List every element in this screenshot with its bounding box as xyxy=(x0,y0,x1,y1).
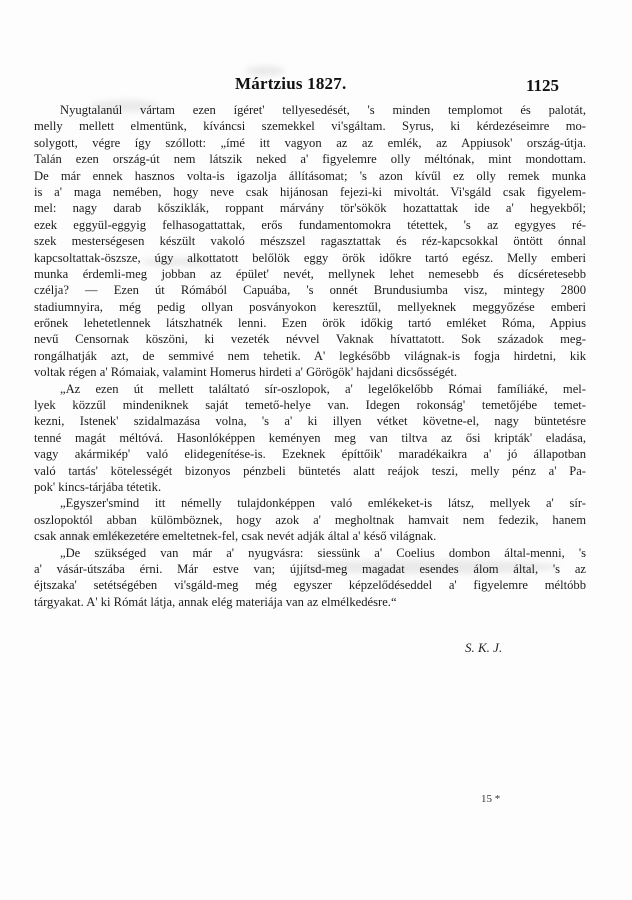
text-line: „Az ezen út mellett találtató sír-oszlop… xyxy=(34,381,586,397)
running-head: Mártzius 1827. 1125 xyxy=(0,74,632,98)
text-line: a' vásár-útszába érni. Már estve van; új… xyxy=(34,561,586,577)
paragraph: Nyugtalanúl vártam ezen ígéret' tellyese… xyxy=(34,102,586,381)
scanned-page: Mártzius 1827. 1125 Nyugtalanúl vártam e… xyxy=(0,0,632,900)
text-line: rongálhatják azt, de semmivé nem tehetik… xyxy=(34,348,586,364)
text-line: pok' kincs-tárjába tétetik. xyxy=(34,479,586,495)
text-line: mel: nagy darab kősziklák, roppant márvá… xyxy=(34,200,586,216)
text-line: ezek eggyül-eggyig felhasogattattak, erő… xyxy=(34,217,586,233)
text-line: munka érdemli-meg jobban az épület' nevé… xyxy=(34,266,586,282)
paragraph: „De szükséged van már a' nyugvásra: sies… xyxy=(34,545,586,611)
text-line: csak annak emlékezetére emeltetnek-fel, … xyxy=(34,528,586,544)
author-signature: S. K. J. xyxy=(465,640,502,656)
text-line: melly mellett elmentünk, kíváncsi szemek… xyxy=(34,118,586,134)
text-line: nevű Censornak köszöni, ki vezeték névve… xyxy=(34,331,586,347)
text-line: „Egyszer'smind itt némelly tulajdonképpe… xyxy=(34,495,586,511)
text-line: szek mesterségesen készült vakoló mészsz… xyxy=(34,233,586,249)
text-line: „De szükséged van már a' nyugvásra: sies… xyxy=(34,545,586,561)
paragraph: „Egyszer'smind itt némelly tulajdonképpe… xyxy=(34,495,586,544)
text-line: stadiumnyira, még pedig ollyan posványok… xyxy=(34,299,586,315)
text-line: erőnek lehetetlennek látszhatnék lenni. … xyxy=(34,315,586,331)
text-line: De már ennek hasznos volta-is igazolja á… xyxy=(34,168,586,184)
text-line: voltak régen a' Rómaiak, valamint Homeru… xyxy=(34,364,586,380)
text-line: vagy akármikép' való elidegenítése-is. E… xyxy=(34,446,586,462)
text-line: Nyugtalanúl vártam ezen ígéret' tellyese… xyxy=(34,102,586,118)
article-body: Nyugtalanúl vártam ezen ígéret' tellyese… xyxy=(34,102,586,610)
paragraph: „Az ezen út mellett találtató sír-oszlop… xyxy=(34,381,586,496)
page-number: 1125 xyxy=(526,76,559,96)
signature-mark: 15 * xyxy=(481,793,500,805)
text-line: oszlopoktól abban külömböznek, hogy azok… xyxy=(34,512,586,528)
text-line: való tartás' kötelességét bizonyos pénzb… xyxy=(34,463,586,479)
text-line: solygott, végre így szóllott: „ímé itt v… xyxy=(34,135,586,151)
text-line: éjtszaka' setétségében vi'sgáld-meg még … xyxy=(34,577,586,593)
text-line: tárgyakat. A' ki Rómát látja, annak elég… xyxy=(34,594,586,610)
text-line: czélja? — Ezen út Rómából Capuába, 's on… xyxy=(34,282,586,298)
running-head-title: Mártzius 1827. xyxy=(235,74,346,94)
text-line: kapcsoltattak-öszsze, úgy alkottatott be… xyxy=(34,250,586,266)
text-line: is a' maga nemében, hogy neve csak hiján… xyxy=(34,184,586,200)
text-line: lyek közzűl mindeniknek saját temető-hel… xyxy=(34,397,586,413)
text-line: Talán ezen ország-út nem látszik neked a… xyxy=(34,151,586,167)
text-line: kezni, Istenek' szidalmazása volna, 's a… xyxy=(34,413,586,429)
text-line: tenné magát méltóvá. Hasonlóképpen kemén… xyxy=(34,430,586,446)
